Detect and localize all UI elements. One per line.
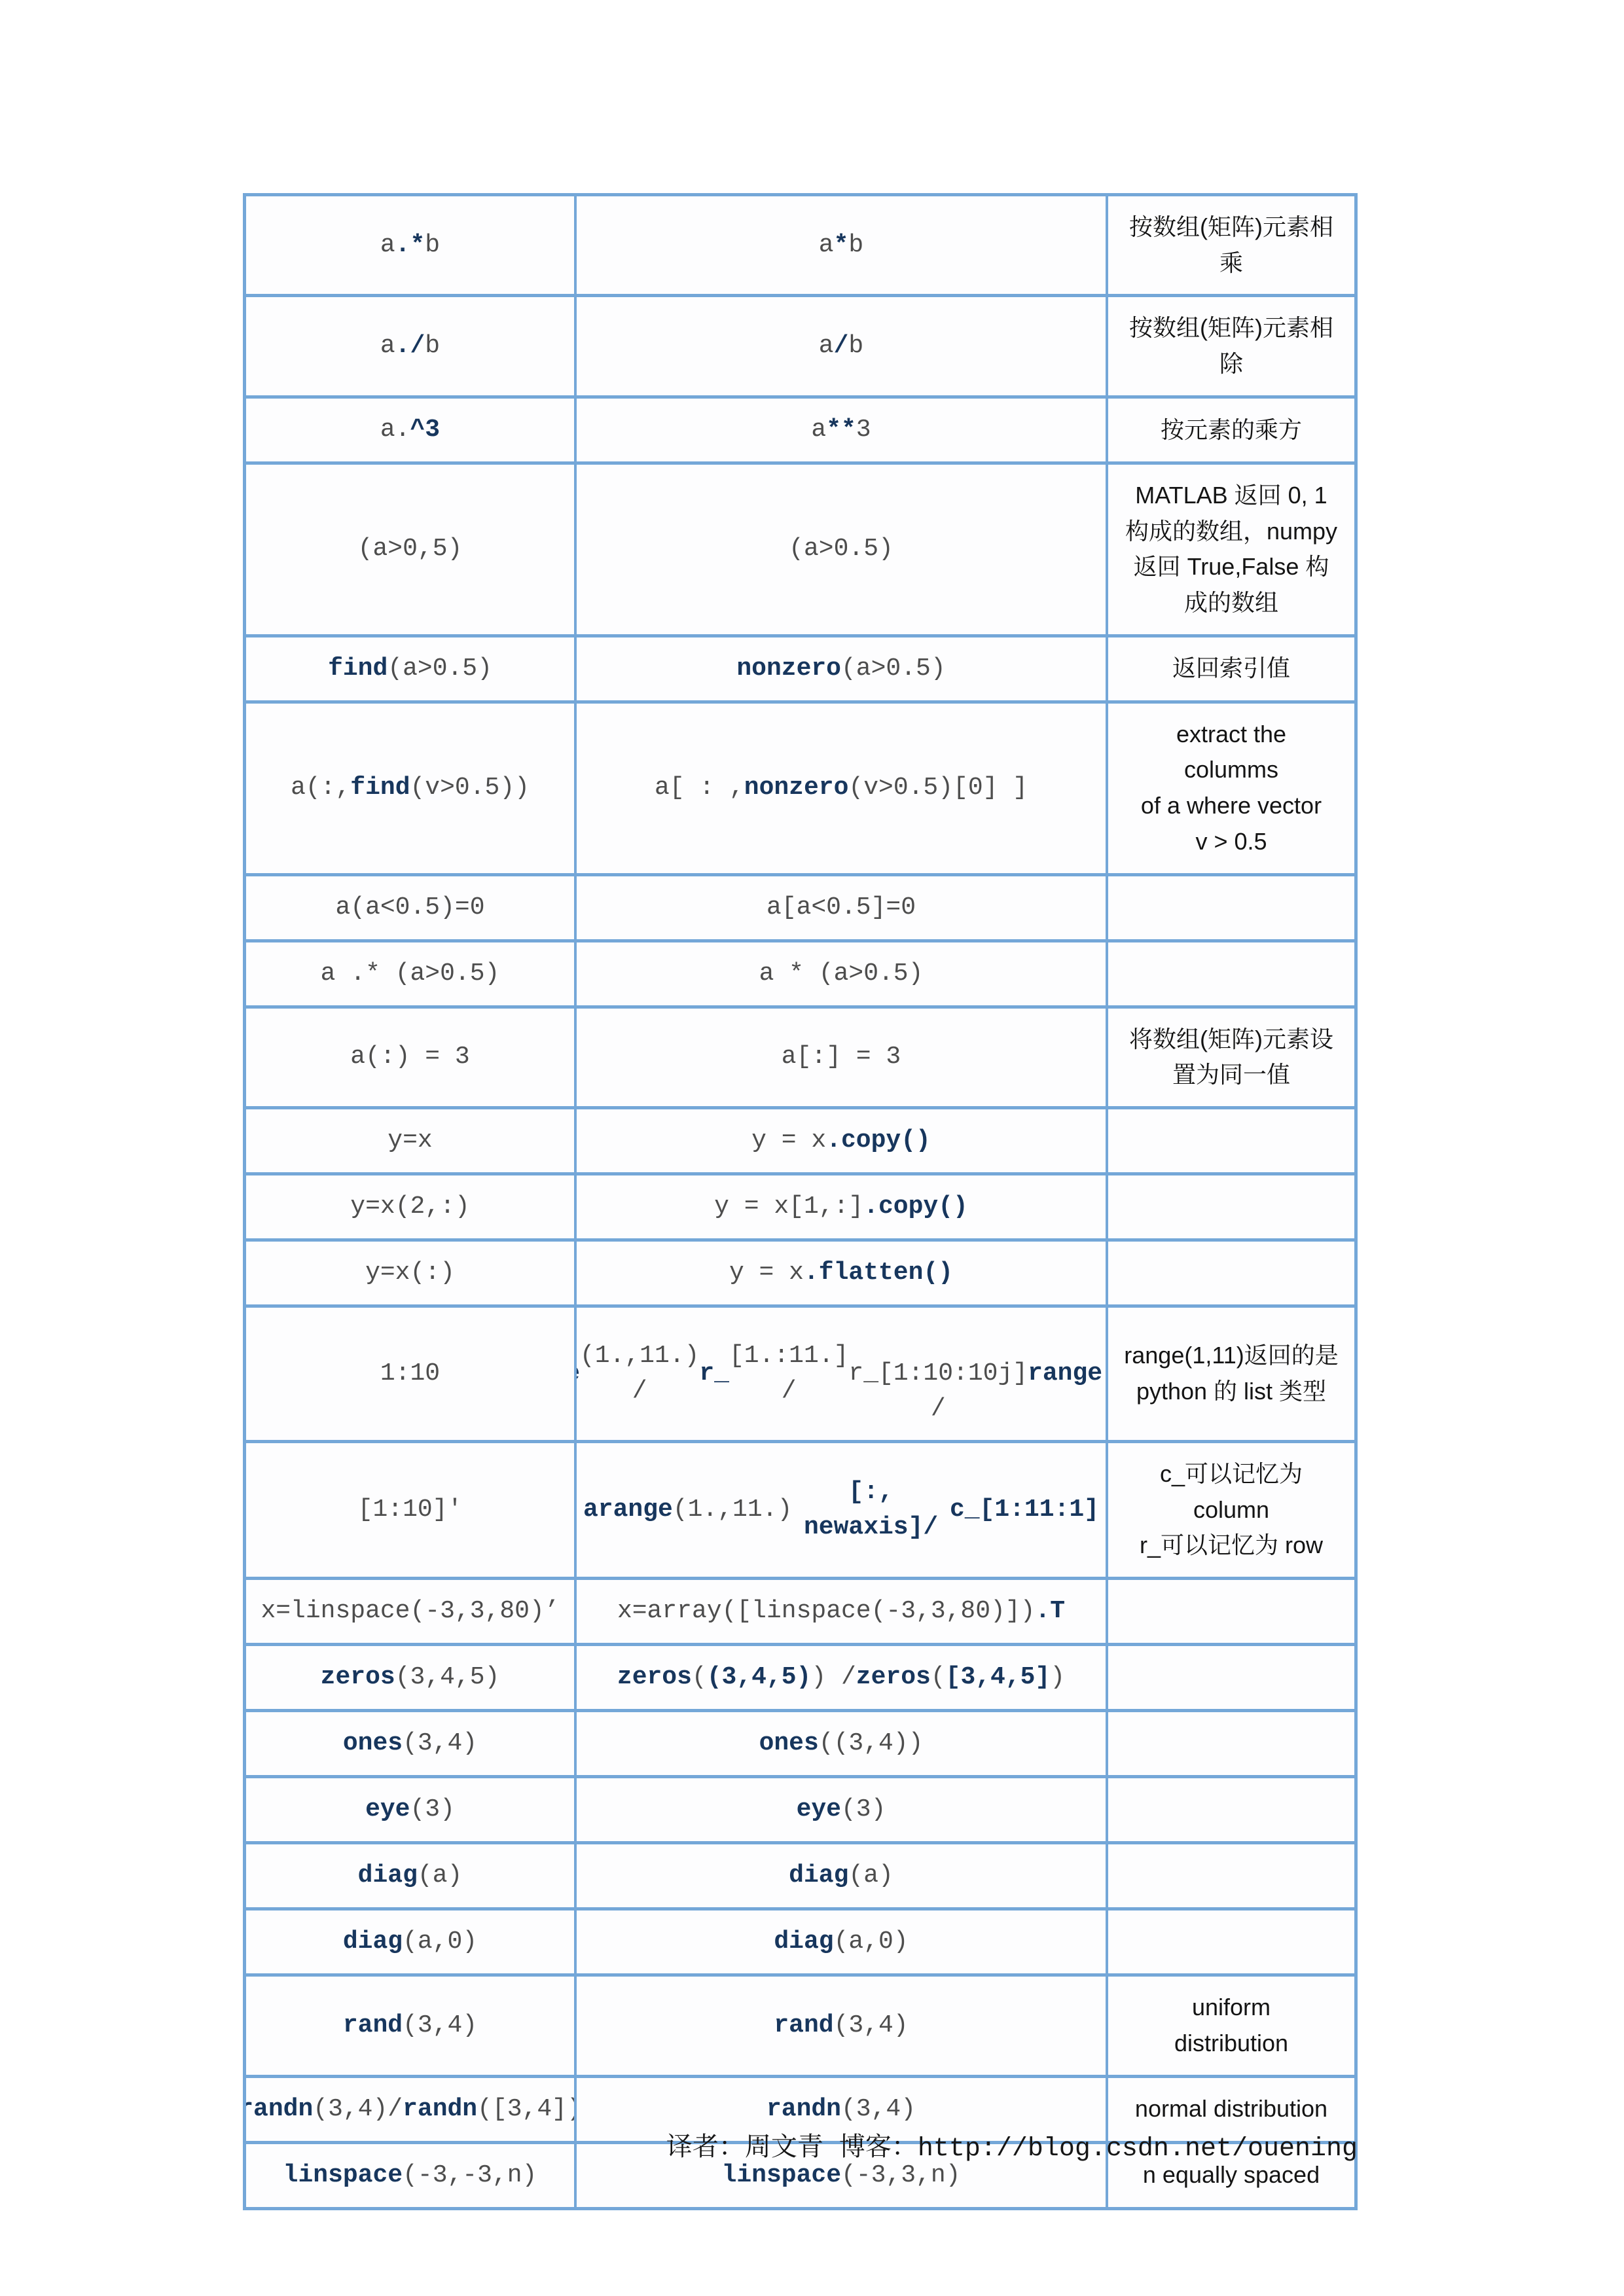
code-keyword: find — [350, 770, 410, 806]
python-cell: (a>0.5) — [574, 465, 1106, 634]
code-text: ([3,4]) — [477, 2092, 574, 2127]
table-row: a.^3 a**3 按元素的乘方 — [246, 395, 1354, 461]
code-text: b — [425, 228, 440, 263]
code-keyword: c_[1:11:1] — [950, 1492, 1099, 1528]
code-keyword: arange — [583, 1492, 673, 1528]
table-row: ones(3,4) ones((3,4)) — [246, 1709, 1354, 1775]
code-text: a[a<0.5]=0 — [767, 890, 916, 925]
code-text: y=x(2,:) — [350, 1189, 469, 1225]
table-row: x=linspace(-3,3,80)’ x=array([linspace(-… — [246, 1577, 1354, 1643]
code-keyword: [3,4,5] — [946, 1660, 1051, 1695]
code-text: (a>0,5) — [358, 531, 463, 567]
code-keyword: zeros — [856, 1660, 931, 1695]
matlab-cell: diag(a,0) — [246, 1910, 574, 1973]
matlab-cell: a ./ b — [246, 297, 574, 395]
matlab-cell: diag(a) — [246, 1844, 574, 1907]
code-text: a(:) = 3 — [350, 1039, 469, 1075]
code-text: (a) — [418, 1858, 462, 1893]
code-text: a .* (a>0.5) — [321, 956, 500, 992]
table-row: y=x(:) y = x.flatten() — [246, 1238, 1354, 1304]
code-text: a[ : , — [655, 770, 744, 806]
code-keyword: (3,4,5) — [707, 1660, 812, 1695]
python-cell: y = x.copy() — [574, 1109, 1106, 1172]
matlab-cell: a .* (a>0.5) — [246, 942, 574, 1005]
matlab-cell: a(:,find(v>0.5)) — [246, 704, 574, 873]
matlab-cell: (a>0,5) — [246, 465, 574, 634]
code-keyword: [:, newaxis]/ — [792, 1475, 950, 1545]
code-keyword: range — [1028, 1356, 1102, 1391]
code-text: (3) — [841, 1792, 886, 1827]
desc-cell — [1106, 1778, 1354, 1841]
code-text: (3,4) — [403, 2008, 477, 2043]
matlab-cell: a .* b — [246, 196, 574, 294]
matlab-cell: linspace(-3,-3,n) — [246, 2144, 574, 2207]
code-text: b — [848, 228, 863, 263]
code-text: (a>0.5) — [841, 651, 946, 687]
code-keyword: nonzero — [744, 770, 849, 806]
code-text: (-3,-3,n) — [403, 2158, 537, 2193]
code-keyword: ones — [759, 1726, 819, 1761]
python-cell: x=array([linspace(-3,3,80)]).T — [574, 1580, 1106, 1643]
code-text: (3,4) — [834, 2008, 909, 2043]
code-text: y = x — [751, 1123, 826, 1158]
matlab-cell: find(a>0.5) — [246, 637, 574, 700]
code-text: (3,4)/ — [313, 2092, 403, 2127]
desc-cell: uniform distribution — [1106, 1977, 1354, 2074]
code-text: a. — [380, 412, 410, 448]
code-keyword: rand — [774, 2008, 833, 2043]
desc-cell — [1106, 1175, 1354, 1238]
matlab-cell: ones(3,4) — [246, 1712, 574, 1775]
python-cell: y = x[1,:].copy() — [574, 1175, 1106, 1238]
desc-cell: range(1,11)返回的是 python 的 list 类型 — [1106, 1308, 1354, 1440]
code-text: (1.,11.) / — [580, 1338, 699, 1409]
python-cell: zeros((3,4,5)) / zeros([3,4,5]) — [574, 1646, 1106, 1709]
desc-cell — [1106, 1580, 1354, 1643]
desc-cell — [1106, 942, 1354, 1005]
table-row: [1:10]' arange(1.,11.)[:, newaxis]/ c_[1… — [246, 1440, 1354, 1577]
code-keyword: ones — [343, 1726, 403, 1761]
table-row: a .* (a>0.5) a * (a>0.5) — [246, 939, 1354, 1005]
python-cell: a[a<0.5]=0 — [574, 876, 1106, 939]
table-row: find(a>0.5) nonzero(a>0.5) 返回索引值 — [246, 634, 1354, 700]
code-text: (a,0) — [834, 1924, 909, 1960]
code-keyword: linspace — [283, 2158, 403, 2193]
python-cell: arange(1.,11.) / r_[1.:11.] / r_[1:10:10… — [574, 1308, 1106, 1440]
code-keyword: randn — [767, 2092, 841, 2127]
code-text: x=linspace(-3,3,80)’ — [261, 1594, 559, 1629]
code-text: a — [819, 329, 834, 364]
code-text: (a>0.5) — [388, 651, 492, 687]
desc-cell — [1106, 1109, 1354, 1172]
matlab-cell: y=x(2,:) — [246, 1175, 574, 1238]
code-keyword: .T — [1035, 1594, 1065, 1629]
code-keyword: diag — [358, 1858, 418, 1893]
python-cell: rand(3,4) — [574, 1977, 1106, 2074]
code-text: x=array([linspace(-3,3,80)]) — [617, 1594, 1036, 1629]
code-keyword: diag — [774, 1924, 833, 1960]
code-keyword: randn — [403, 2092, 477, 2127]
code-text: y = x[1,:] — [714, 1189, 863, 1225]
matlab-cell: rand(3,4) — [246, 1977, 574, 2074]
code-text: a — [811, 412, 826, 448]
code-keyword: rand — [343, 2008, 403, 2043]
code-text: (1.,11.) — [673, 1492, 792, 1528]
code-text: (a,0) — [403, 1924, 477, 1960]
code-text: b — [848, 329, 863, 364]
code-text: ( — [931, 1660, 946, 1695]
table-row: diag(a,0) diag(a,0) — [246, 1907, 1354, 1973]
matlab-cell: 1:10 — [246, 1308, 574, 1440]
python-cell: a[ : , nonzero(v>0.5)[0] ] — [574, 704, 1106, 873]
code-text: ) — [1050, 1660, 1065, 1695]
code-text: r_[1:10:10j] / — [848, 1321, 1028, 1427]
matlab-cell: y=x(:) — [246, 1242, 574, 1304]
code-text: a[:] = 3 — [782, 1039, 901, 1075]
code-keyword: eye — [365, 1792, 410, 1827]
matlab-cell: x=linspace(-3,3,80)’ — [246, 1580, 574, 1643]
code-keyword: nonzero — [736, 651, 841, 687]
python-cell: arange(1.,11.)[:, newaxis]/ c_[1:11:1] — [574, 1443, 1106, 1577]
conversion-table: a .* b a * b 按数组(矩阵)元素相 乘 a ./ b a / b 按… — [243, 193, 1358, 2210]
table-row: 1:10 arange(1.,11.) / r_[1.:11.] / r_[1:… — [246, 1304, 1354, 1440]
document-page: a .* b a * b 按数组(矩阵)元素相 乘 a ./ b a / b 按… — [0, 0, 1624, 2296]
desc-cell — [1106, 1712, 1354, 1775]
code-keyword: zeros — [321, 1660, 395, 1695]
code-text: ) / — [811, 1660, 856, 1695]
code-keyword: ** — [826, 412, 856, 448]
python-cell: eye(3) — [574, 1778, 1106, 1841]
matlab-cell: eye(3) — [246, 1778, 574, 1841]
code-keyword: diag — [343, 1924, 403, 1960]
code-keyword: / — [834, 329, 849, 364]
python-cell: a**3 — [574, 399, 1106, 461]
code-text: 1:10 — [380, 1356, 440, 1391]
python-cell: y = x.flatten() — [574, 1242, 1106, 1304]
table-row: rand(3,4) rand(3,4) uniform distribution — [246, 1973, 1354, 2074]
table-row: a ./ b a / b 按数组(矩阵)元素相 除 — [246, 294, 1354, 395]
code-keyword: zeros — [617, 1660, 692, 1695]
matlab-cell: zeros(3,4,5) — [246, 1646, 574, 1709]
desc-cell: 返回索引值 — [1106, 637, 1354, 700]
table-row: eye(3) eye(3) — [246, 1775, 1354, 1841]
code-text: ( — [692, 1660, 707, 1695]
python-cell: a * b — [574, 196, 1106, 294]
matlab-cell: [1:10]' — [246, 1443, 574, 1577]
code-text: 3 — [856, 412, 871, 448]
desc-cell: c_可以记忆为 column r_可以记忆为 row — [1106, 1443, 1354, 1577]
code-keyword: .flatten() — [804, 1255, 953, 1291]
table-row: a .* b a * b 按数组(矩阵)元素相 乘 — [246, 196, 1354, 294]
code-text: (v>0.5)[0] ] — [848, 770, 1028, 806]
code-text: a — [819, 228, 834, 263]
code-text: a * (a>0.5) — [759, 956, 924, 992]
code-keyword: .* — [395, 228, 425, 263]
table-row: a(:,find(v>0.5)) a[ : , nonzero(v>0.5)[0… — [246, 700, 1354, 873]
code-keyword: r_ — [699, 1356, 729, 1391]
translator-credit: 译者：周文青 博客：http://blog.csdn.net/ouening — [666, 2126, 1358, 2164]
code-text: b — [425, 329, 440, 364]
code-text: a — [380, 228, 395, 263]
desc-cell — [1106, 876, 1354, 939]
python-cell: diag(a) — [574, 1844, 1106, 1907]
desc-cell — [1106, 1844, 1354, 1907]
code-keyword: ^3 — [410, 412, 441, 448]
code-keyword: eye — [797, 1792, 841, 1827]
code-keyword: * — [834, 228, 849, 263]
matlab-cell: a.^3 — [246, 399, 574, 461]
code-keyword: .copy() — [863, 1189, 968, 1225]
code-keyword: .copy() — [826, 1123, 931, 1158]
code-text: (3) — [410, 1792, 455, 1827]
desc-cell: 将数组(矩阵)元素设 置为同一值 — [1106, 1009, 1354, 1106]
code-text: (3,4) — [841, 2092, 916, 2127]
desc-cell: MATLAB 返回 0, 1 构成的数组，numpy 返回 True,False… — [1106, 465, 1354, 634]
python-cell: a / b — [574, 297, 1106, 395]
code-text: a(a<0.5)=0 — [335, 890, 484, 925]
code-keyword: diag — [789, 1858, 848, 1893]
python-cell: nonzero(a>0.5) — [574, 637, 1106, 700]
code-text: ((3,4)) — [819, 1726, 924, 1761]
code-text: y = x — [729, 1255, 804, 1291]
code-text: a(:, — [291, 770, 350, 806]
python-cell: a * (a>0.5) — [574, 942, 1106, 1005]
code-text: (a>0.5) — [789, 531, 893, 567]
code-keyword: find — [328, 651, 388, 687]
matlab-cell: a(a<0.5)=0 — [246, 876, 574, 939]
code-text: y=x — [388, 1123, 432, 1158]
code-text: (3,4,5) — [395, 1660, 500, 1695]
desc-cell: 按数组(矩阵)元素相 乘 — [1106, 196, 1354, 294]
code-text: a — [380, 329, 395, 364]
python-cell: a[:] = 3 — [574, 1009, 1106, 1106]
code-text: (3,4) — [403, 1726, 477, 1761]
desc-cell — [1106, 1242, 1354, 1304]
matlab-cell: a(:) = 3 — [246, 1009, 574, 1106]
matlab-cell: y=x — [246, 1109, 574, 1172]
matlab-cell: randn(3,4)/ randn([3,4]) — [246, 2078, 574, 2141]
code-keyword: randn — [246, 2092, 313, 2127]
table-row: y=x y = x.copy() — [246, 1106, 1354, 1172]
code-text: (v>0.5)) — [410, 770, 530, 806]
table-row: a(:) = 3 a[:] = 3 将数组(矩阵)元素设 置为同一值 — [246, 1005, 1354, 1106]
desc-cell: 按元素的乘方 — [1106, 399, 1354, 461]
code-text: [1:10]' — [358, 1492, 463, 1528]
code-keyword: ./ — [395, 329, 425, 364]
desc-cell — [1106, 1910, 1354, 1973]
table-row: diag(a) diag(a) — [246, 1841, 1354, 1907]
desc-cell: extract the columms of a where vector v … — [1106, 704, 1354, 873]
desc-cell — [1106, 1646, 1354, 1709]
code-text: [1.:11.] / — [729, 1338, 848, 1409]
table-row: zeros(3,4,5) zeros((3,4,5)) / zeros([3,4… — [246, 1643, 1354, 1709]
table-row: a(a<0.5)=0 a[a<0.5]=0 — [246, 873, 1354, 939]
table-row: (a>0,5) (a>0.5) MATLAB 返回 0, 1 构成的数组，num… — [246, 461, 1354, 634]
code-text: (a) — [848, 1858, 893, 1893]
desc-cell: 按数组(矩阵)元素相 除 — [1106, 297, 1354, 395]
code-keyword: arange — [574, 1356, 580, 1391]
code-text: y=x(:) — [365, 1255, 455, 1291]
table-row: y=x(2,:) y = x[1,:].copy() — [246, 1172, 1354, 1238]
python-cell: ones((3,4)) — [574, 1712, 1106, 1775]
python-cell: diag(a,0) — [574, 1910, 1106, 1973]
